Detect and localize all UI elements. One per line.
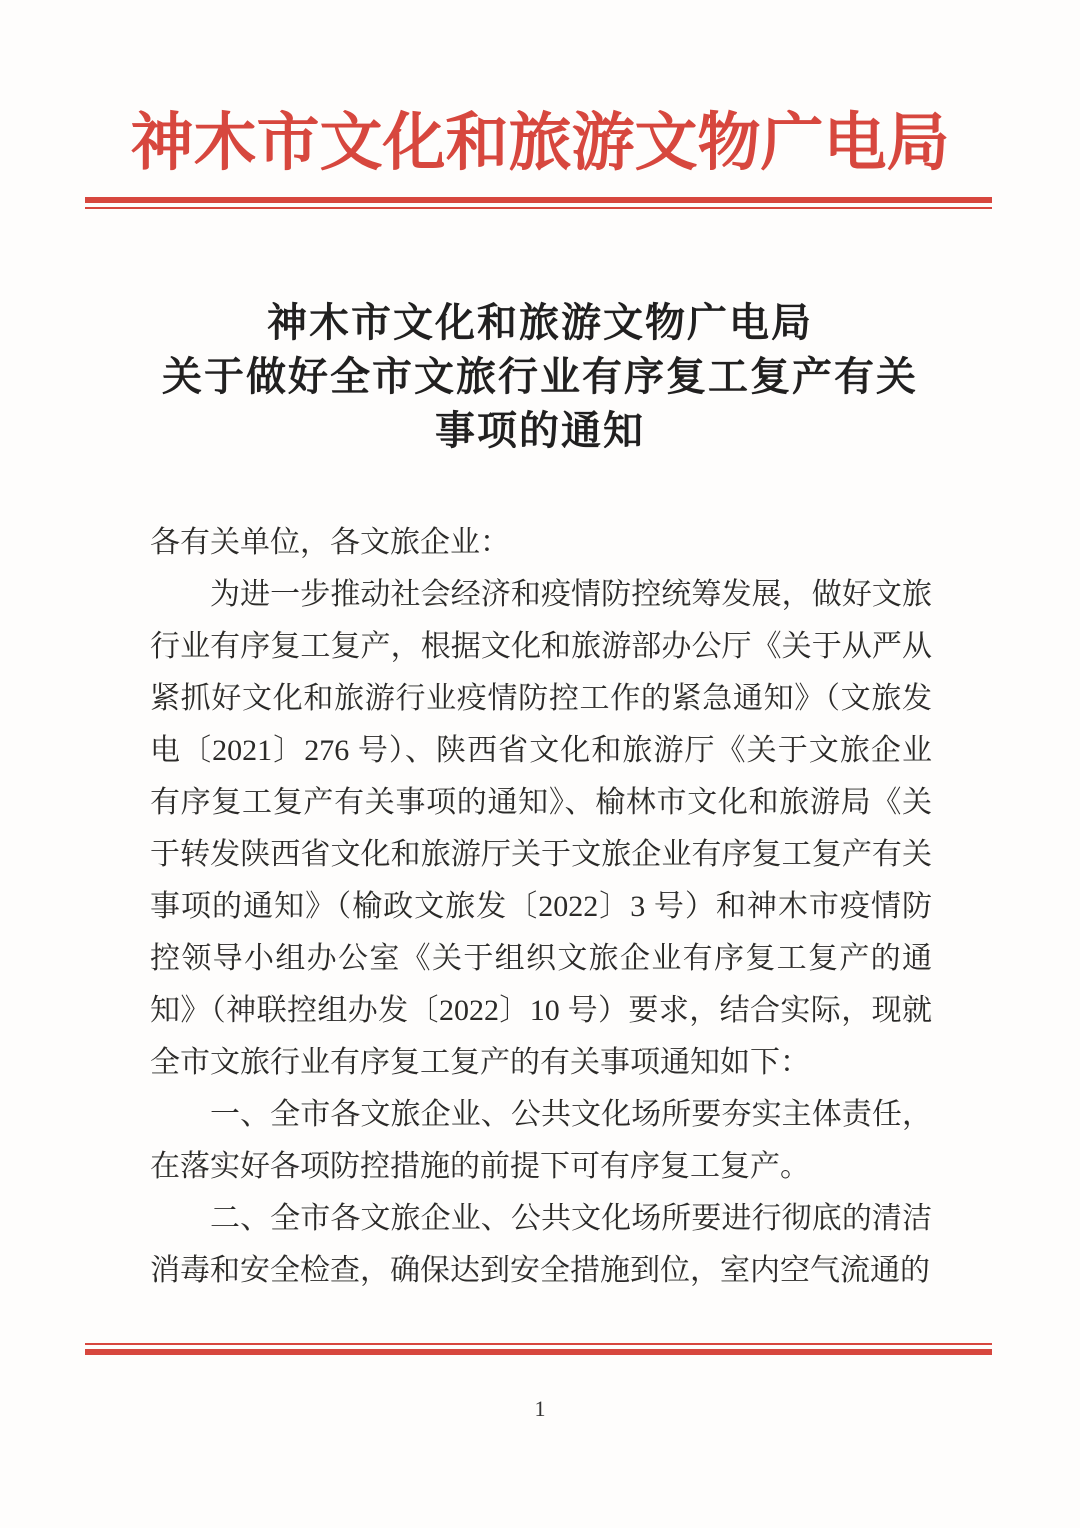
document-title: 神木市文化和旅游文物广电局 关于做好全市文旅行业有序复工复产有关 事项的通知 [0,296,1080,458]
footer-separator-thick-line [85,1349,992,1355]
footer-separator-thin-line [85,1343,992,1345]
document-title-line-2: 关于做好全市文旅行业有序复工复产有关 [0,350,1080,404]
page-number: 1 [0,1396,1080,1422]
footer-separator [85,1343,992,1355]
document-page: 神木市文化和旅游文物广电局 神木市文化和旅游文物广电局 关于做好全市文旅行业有序… [0,0,1080,1528]
letterhead-separator-thin-line [85,207,992,209]
letterhead-separator-thick-line [85,197,992,203]
salutation: 各有关单位，各文旅企业： [150,517,932,569]
body-paragraph-2: 一、全市各文旅企业、公共文化场所要夯实主体责任，在落实好各项防控措施的前提下可有… [150,1089,932,1193]
letterhead-separator [85,197,992,209]
document-title-line-1: 神木市文化和旅游文物广电局 [0,296,1080,350]
letterhead-agency-name: 神木市文化和旅游文物广电局 [0,92,1080,183]
document-title-line-3: 事项的通知 [0,404,1080,458]
body-paragraph-3: 二、全市各文旅企业、公共文化场所要进行彻底的清洁消毒和安全检查，确保达到安全措施… [150,1193,932,1297]
body-paragraph-1: 为进一步推动社会经济和疫情防控统筹发展，做好文旅行业有序复工复产，根据文化和旅游… [150,569,932,1089]
document-body: 各有关单位，各文旅企业： 为进一步推动社会经济和疫情防控统筹发展，做好文旅行业有… [150,517,932,1297]
